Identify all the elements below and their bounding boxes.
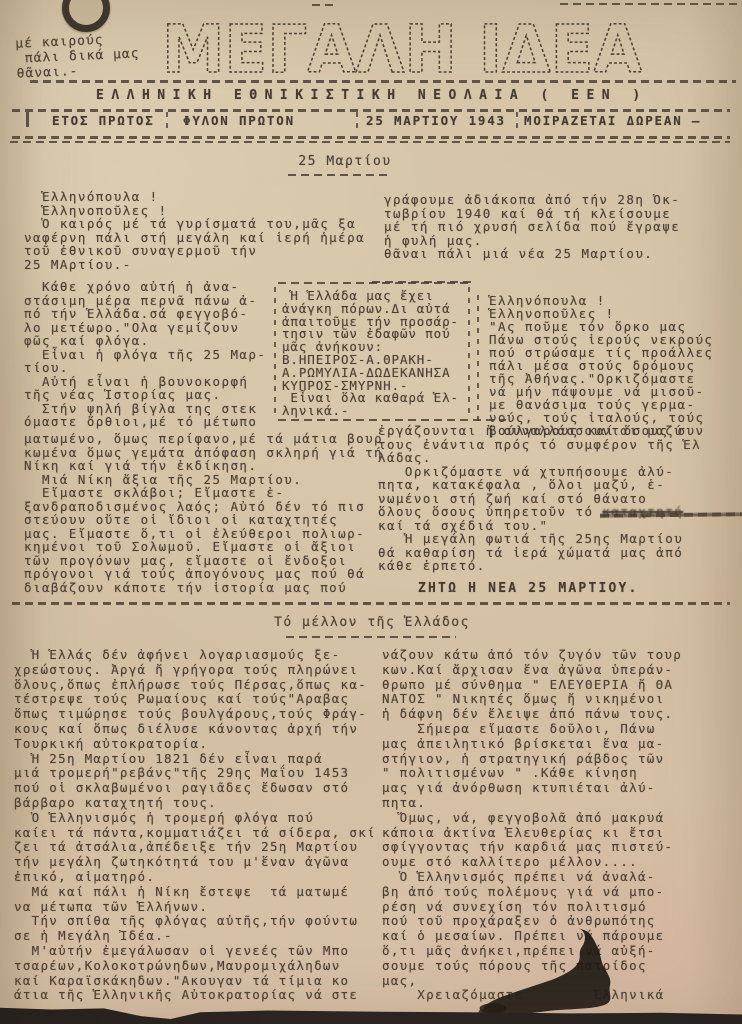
section-divider xyxy=(12,602,730,605)
document-page: μέ καιρούς πάλι δικά μας θᾶναι.- ΜΕΓΑΛΗ … xyxy=(0,0,742,1024)
oath-after-text: καί τά σχέδιά του." Ἡ μεγάλη φωτιά τῆς 2… xyxy=(378,518,683,574)
article2-heading-underline xyxy=(286,636,456,638)
masthead-rule-bottom-2 xyxy=(10,141,730,143)
masthead-subtitle: ΕΛΛΗΝΙΚΗ ΕΘΝΙΚΙΣΤΙΚΗ ΝΕΟΛΑΙΑ ( ΕΕΝ ) xyxy=(96,88,648,103)
right-column-dash xyxy=(372,281,474,283)
article1-closing-slogan: ΖΗΤΩ Η ΝΕΑ 25 ΜΑΡΤΙΟΥ. xyxy=(418,582,639,596)
article1-left-continued: ματωμένο, ὅμως περίφανο,μέ τά μάτια βουρ… xyxy=(24,432,383,594)
margin-tick xyxy=(26,112,29,127)
article1-left-column: Κάθε χρόνο αὐτή ἡ ἀνα- στάσιμη μέρα περν… xyxy=(24,280,266,429)
punch-hole-mark xyxy=(62,0,110,32)
masthead-title-art: ΜΕΓΑΛΗ ΙΔΕΑ xyxy=(158,6,650,88)
article1-intro: Ἑλληνόπουλα ! Ἑλληνοποῦλες ! Ὁ καιρός μέ… xyxy=(24,190,365,271)
issue-separator xyxy=(166,112,168,129)
masthead-rule-bottom-1 xyxy=(12,136,730,139)
issue-number: ΦΥΛΟΝ ΠΡΩΤΟΝ xyxy=(183,114,295,128)
demands-box-border-left xyxy=(274,287,276,415)
oath-quote-border xyxy=(477,295,479,421)
oath-quote-block: Ἑλληνόπουλα ! Ἑλληνοποῦλες ! "Ας ποῦμε τ… xyxy=(489,294,713,437)
masthead-rule-mid xyxy=(12,109,730,112)
demands-box-border-bottom xyxy=(278,419,506,421)
article1-right-intro: γράφουμε ἀδιάκοπα ἀπό τήν 28η Ὀκ- τωβρίο… xyxy=(384,193,680,261)
issue-separator xyxy=(516,112,518,129)
photo-backdrop: μέ καιρούς πάλι δικά μας θᾶναι.- ΜΕΓΑΛΗ … xyxy=(0,0,742,1024)
ink-blot xyxy=(478,926,646,1020)
top-edge-dashes xyxy=(560,3,738,5)
demands-box-border-right xyxy=(468,287,470,415)
demands-box: Ἡ Ἑλλάδα μας ἔχει ἀνάγκη πόρων.Δι αὐτά ἀ… xyxy=(282,290,459,418)
issue-date: 25 ΜΑΡΤΙΟΥ 1943 xyxy=(366,114,506,128)
article2-left-column: Ἡ Ἑλλάς δέν ἀφήνει λογαριασμούς ξε- χρεώ… xyxy=(14,648,376,1003)
issue-year: ΕΤΟΣ ΠΡΩΤΟΣ xyxy=(52,114,155,128)
article2-heading: Τό μέλλον τῆς Ἑλλάδος xyxy=(272,616,472,630)
masthead-slogan: μέ καιρούς πάλι δικά μας θᾶναι.- xyxy=(15,31,140,81)
oath-continuation: ἐργάζουνται ἤ συναλλάσσουνται μαζύ τους … xyxy=(378,424,701,573)
issue-distribution: ΜΟΙΡΑΖΕΤΑΙ ΔΩΡΕΑΝ – xyxy=(524,114,701,128)
article1-heading-underline xyxy=(288,174,390,176)
issue-separator xyxy=(356,112,358,129)
article1-heading: 25 Μαρτίου xyxy=(270,155,420,169)
masthead-title: ΜΕΓΑΛΗ ΙΔΕΑ xyxy=(162,11,642,88)
